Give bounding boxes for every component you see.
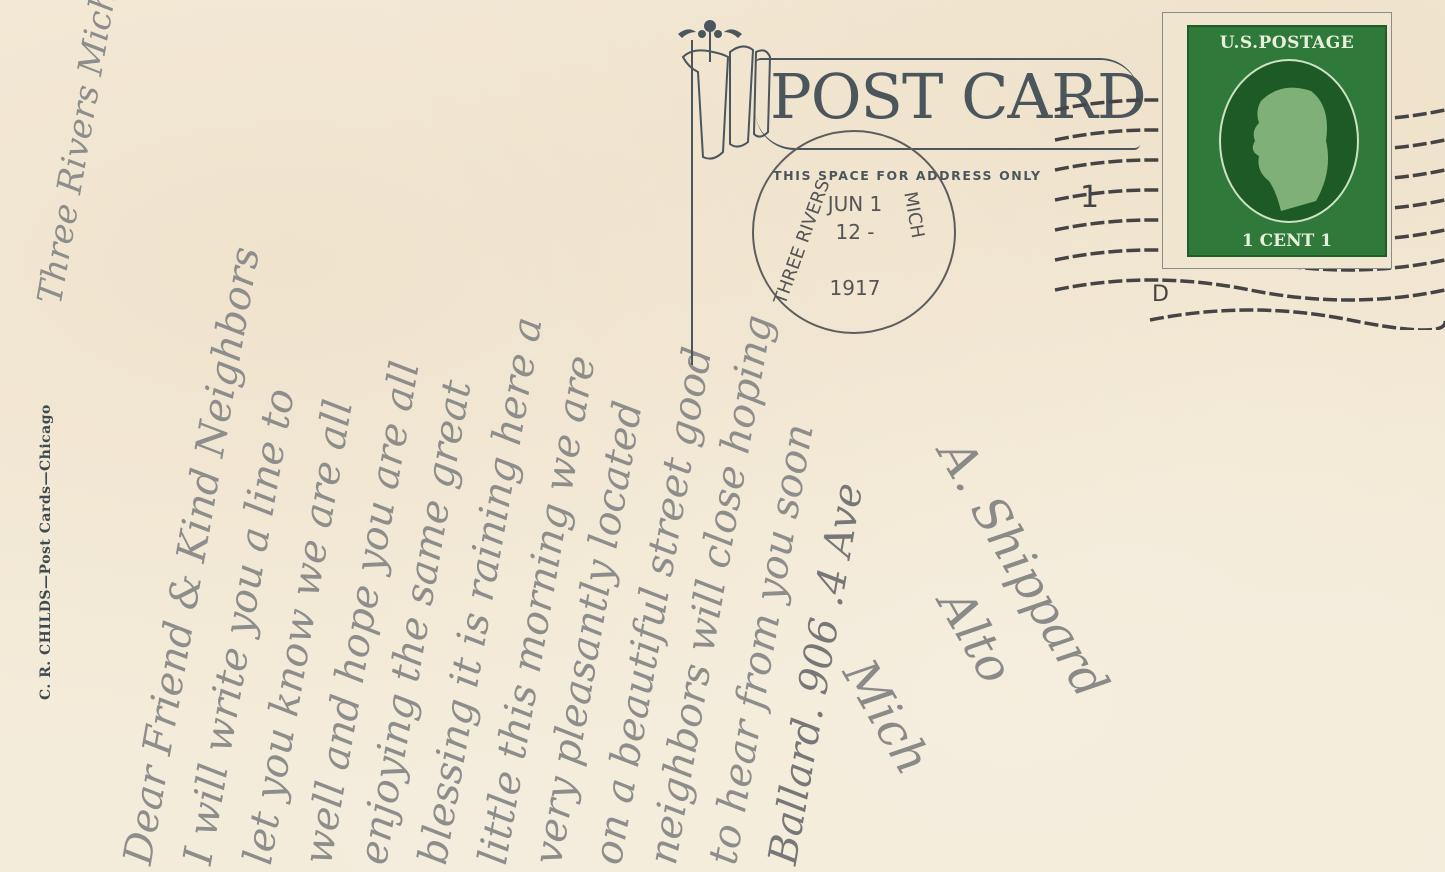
address-line-name: A. Shippard (927, 430, 1120, 707)
printer-imprint: C. R. CHILDS—Post Cards—Chicago (38, 404, 54, 700)
postcard-back: C. R. CHILDS—Post Cards—Chicago Three Ri… (0, 0, 1445, 872)
cancel-mark-number: 1 (1080, 180, 1099, 215)
address-line-state: Mich (832, 650, 942, 784)
postmark-year: 1917 (820, 274, 890, 302)
postmark-month-day: JUN 1 (820, 190, 890, 218)
message-heading: Three Rivers Mich June 18 1917 (30, 0, 166, 307)
stamp-top-label: U.S.POSTAGE (1189, 33, 1385, 53)
message-address-divider (691, 40, 693, 365)
washington-portrait-icon (1219, 59, 1359, 223)
postmark-date: JUN 1 12 - 1917 (820, 190, 890, 302)
cancel-mark-letter: D (1152, 282, 1169, 307)
postmark-hour: 12 - (820, 218, 890, 246)
postage-stamp: U.S.POSTAGE 1 CENT 1 (1187, 25, 1387, 257)
stamp-value-label: 1 CENT 1 (1189, 231, 1385, 251)
